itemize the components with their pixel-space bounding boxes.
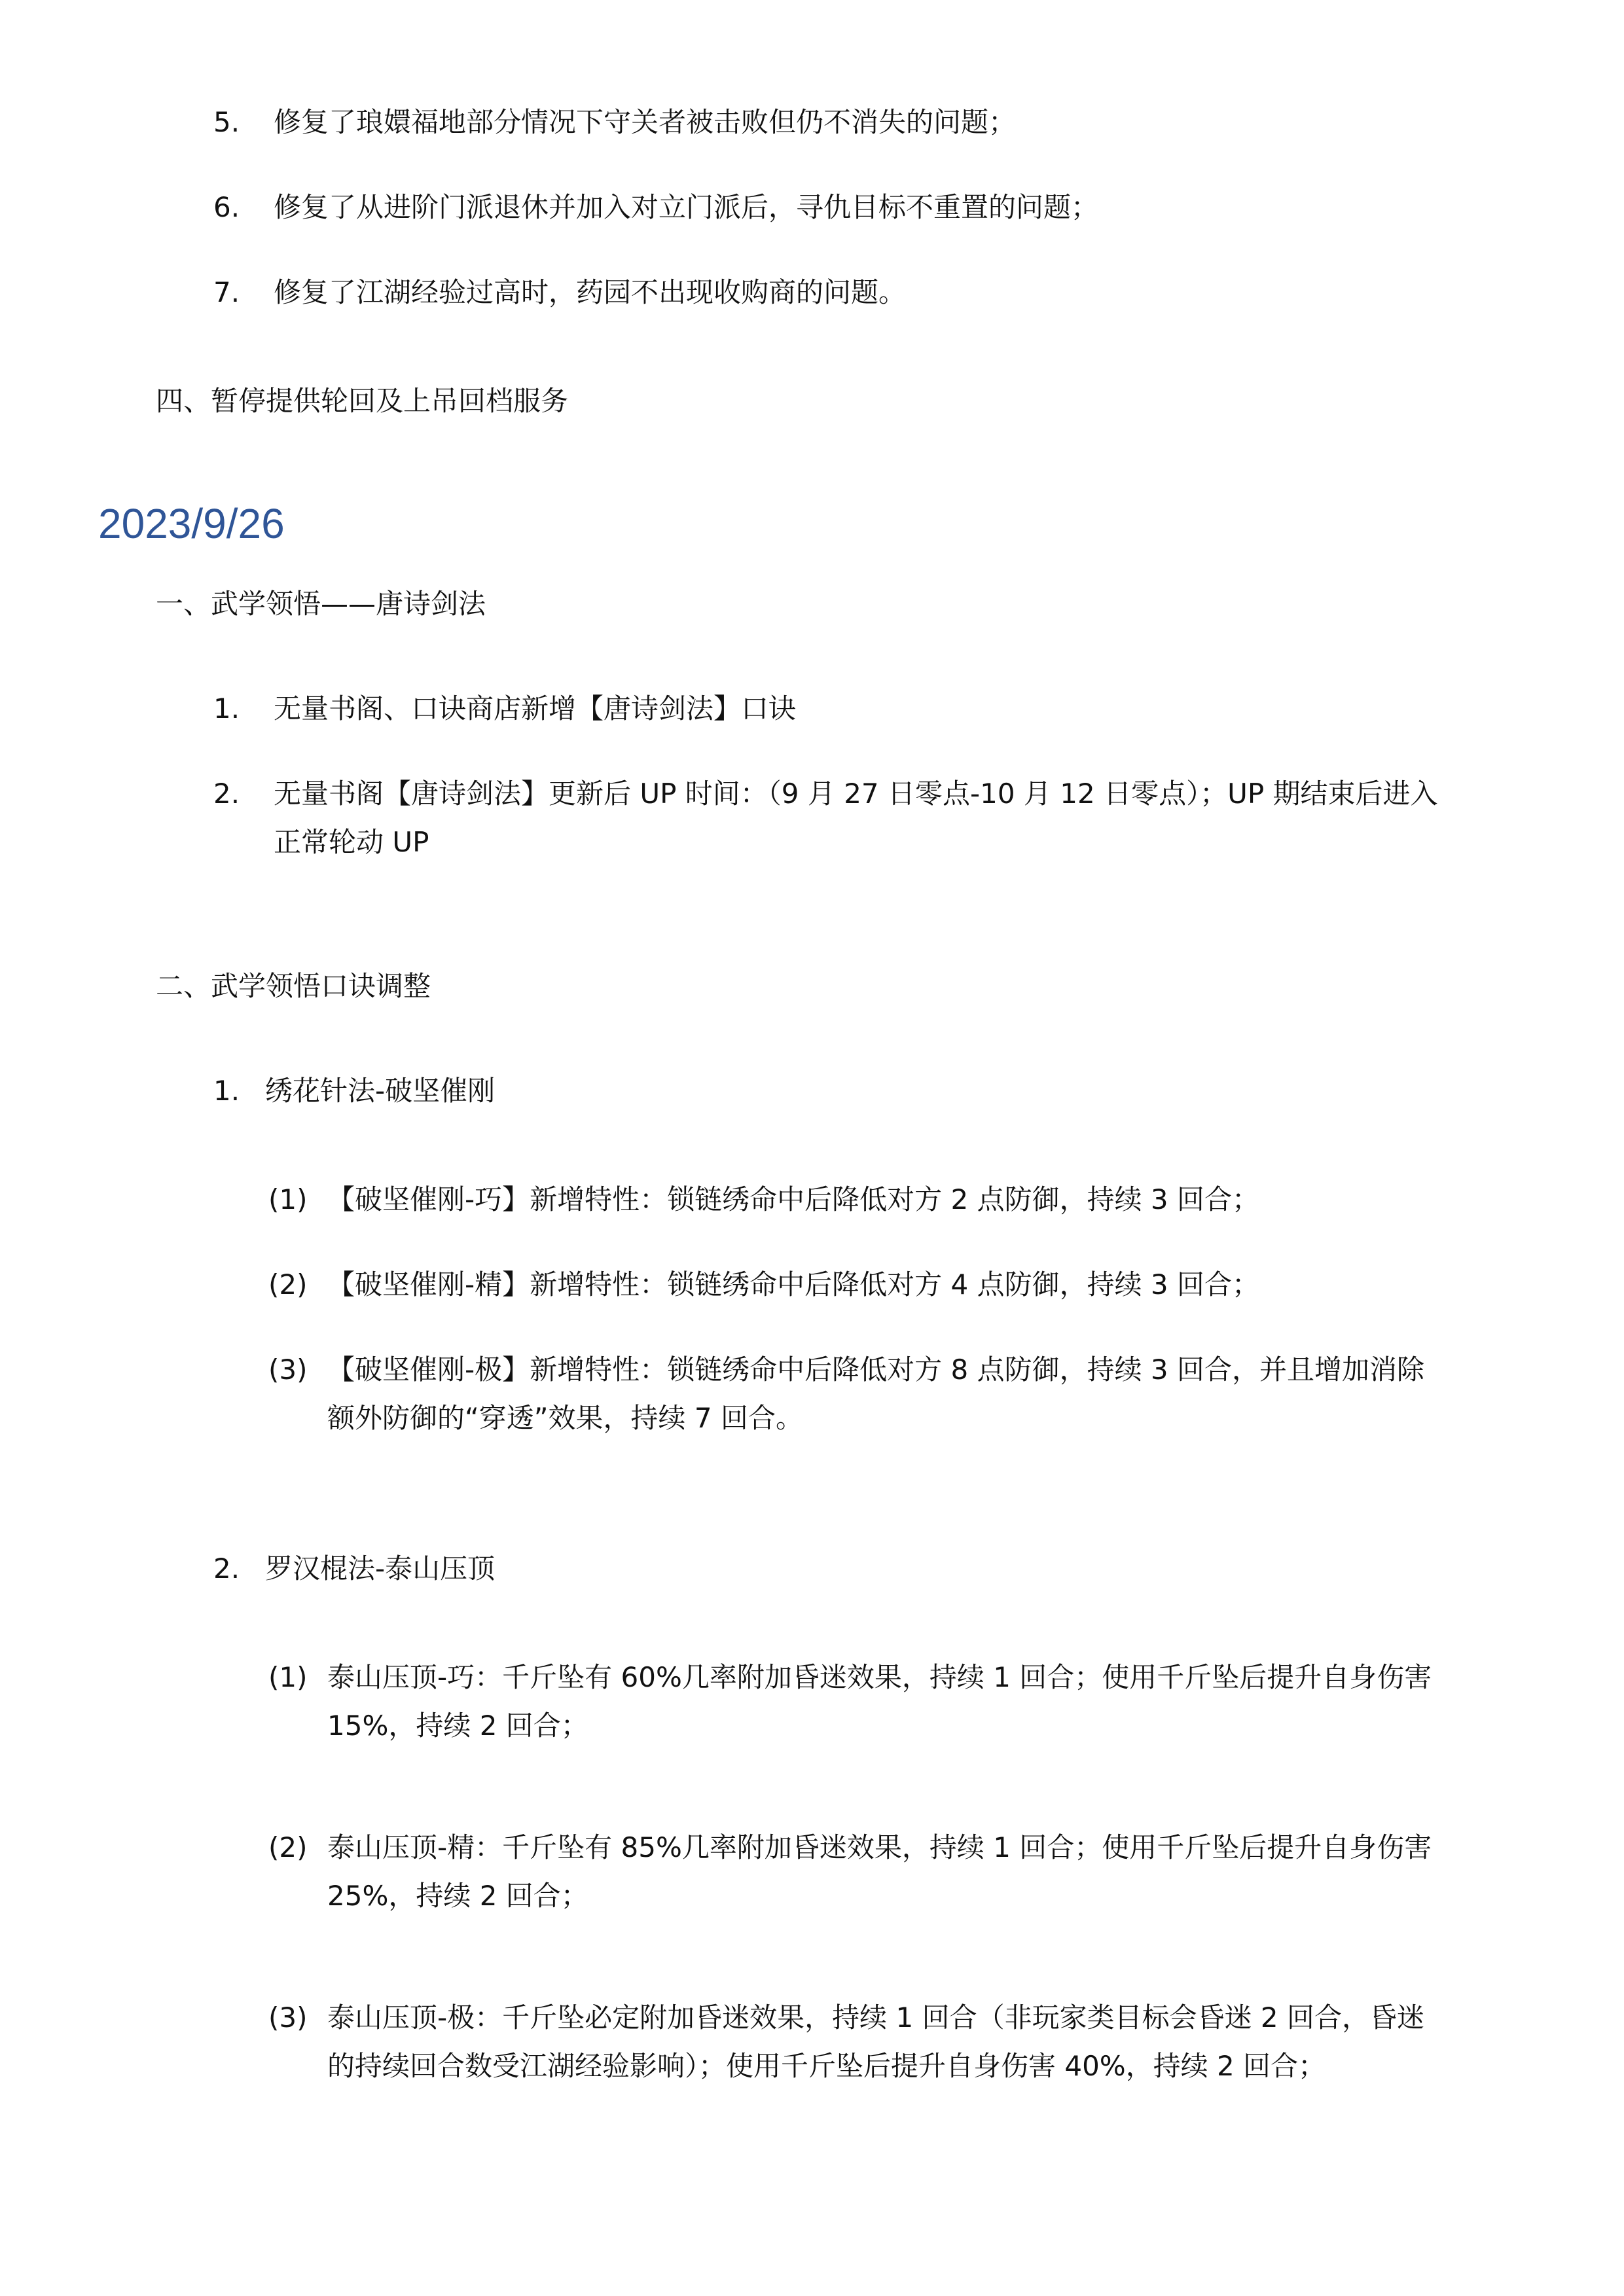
list-text: 无量书阁、口诀商店新增【唐诗剑法】口诀: [274, 685, 796, 733]
sub-number: (2): [268, 1823, 308, 1872]
update-date-heading: 2023/9/26: [98, 497, 285, 550]
list-text: 修复了江湖经验过高时，药园不出现收购商的问题。: [274, 268, 906, 317]
list-number: 2.: [213, 770, 240, 818]
list-number: 5.: [213, 98, 240, 147]
group-number: 2.: [213, 1545, 240, 1593]
sub-text-line-1: 【破坚催刚-极】新增特性：锁链绣命中后降低对方 8 点防御，持续 3 回合，并且…: [327, 1346, 1424, 1394]
sub-text-line-1: 泰山压顶-精：千斤坠有 85%几率附加昏迷效果，持续 1 回合；使用千斤坠后提升…: [327, 1823, 1432, 1872]
sub-number: (1): [268, 1175, 308, 1224]
sub-number: (3): [268, 1346, 308, 1394]
sub-number: (2): [268, 1261, 308, 1309]
sub-text-line-1: 【破坚催刚-精】新增特性：锁链绣命中后降低对方 4 点防御，持续 3 回合；: [327, 1261, 1259, 1309]
list-text-line-2: 正常轮动 UP: [274, 818, 429, 867]
section-heading-4: 四、暂停提供轮回及上吊回档服务: [156, 377, 568, 425]
sub-number: (1): [268, 1653, 308, 1702]
section-heading-1: 一、武学领悟——唐诗剑法: [156, 580, 486, 628]
sub-text-line-1: 泰山压顶-巧：千斤坠有 60%几率附加昏迷效果，持续 1 回合；使用千斤坠后提升…: [327, 1653, 1432, 1702]
group-number: 1.: [213, 1067, 240, 1115]
group-title: 罗汉棍法-泰山压顶: [265, 1545, 495, 1593]
section-heading-2: 二、武学领悟口诀调整: [156, 962, 431, 1011]
sub-text-line-2: 15%，持续 2 回合；: [327, 1702, 588, 1750]
sub-text-line-1: 【破坚催刚-巧】新增特性：锁链绣命中后降低对方 2 点防御，持续 3 回合；: [327, 1175, 1259, 1224]
sub-text-line-2: 25%，持续 2 回合；: [327, 1872, 588, 1920]
list-text: 修复了琅嬛福地部分情况下守关者被击败但仍不消失的问题；: [274, 98, 1016, 147]
sub-text-line-1: 泰山压顶-极：千斤坠必定附加昏迷效果，持续 1 回合（非玩家类目标会昏迷 2 回…: [327, 1994, 1424, 2042]
list-text-line-1: 无量书阁【唐诗剑法】更新后 UP 时间：（9 月 27 日零点-10 月 12 …: [274, 770, 1438, 818]
sub-number: (3): [268, 1994, 308, 2042]
sub-text-line-2: 额外防御的“穿透”效果，持续 7 回合。: [327, 1394, 803, 1443]
list-number: 7.: [213, 268, 240, 317]
sub-text-line-2: 的持续回合数受江湖经验影响）；使用千斤坠后提升自身伤害 40%，持续 2 回合；: [327, 2042, 1326, 2090]
list-number: 1.: [213, 685, 240, 733]
list-number: 6.: [213, 183, 240, 232]
group-title: 绣花针法-破坚催刚: [265, 1067, 495, 1115]
list-text: 修复了从进阶门派退休并加入对立门派后，寻仇目标不重置的问题；: [274, 183, 1098, 232]
